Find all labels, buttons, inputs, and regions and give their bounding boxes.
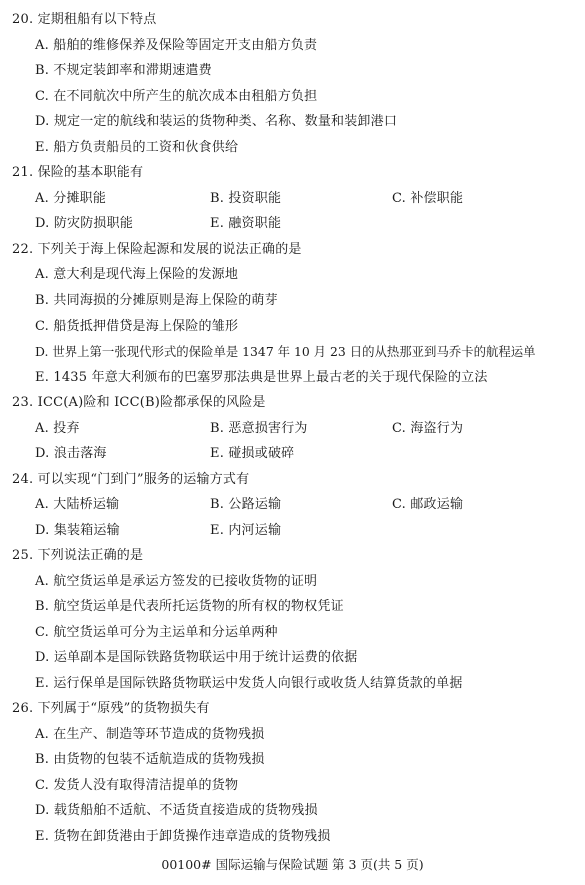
question-24-option-b: B. 公路运输 [210, 495, 281, 515]
question-20-option-d: D. 规定一定的航线和装运的货物种类、名称、数量和装卸港口 [35, 112, 397, 132]
exam-page: 20. 定期租船有以下特点 A. 船舶的维修保养及保险等固定开支由船方负责 B.… [0, 0, 585, 885]
question-25-option-c: C. 航空货运单可分为主运单和分运单两种 [35, 623, 278, 643]
question-20-option-b: B. 不规定装卸率和滞期速遣费 [35, 61, 212, 81]
question-22-option-a: A. 意大利是现代海上保险的发源地 [35, 265, 238, 285]
question-20-option-a: A. 船舶的维修保养及保险等固定开支由船方负责 [35, 36, 317, 56]
question-22-option-d: D. 世界上第一张现代形式的保险单是 1347 年 10 月 23 日的从热那亚… [35, 342, 536, 362]
question-23-option-b: B. 恶意损害行为 [210, 419, 308, 439]
question-24-option-a: A. 大陆桥运输 [35, 495, 119, 515]
question-23-stem: 23. ICC(A)险和 ICC(B)险都承保的风险是 [12, 393, 266, 413]
question-20-option-c: C. 在不同航次中所产生的航次成本由租船方负担 [35, 87, 317, 107]
question-24-option-e: E. 内河运输 [210, 521, 281, 541]
question-26-stem: 26. 下列属于“原残”的货物损失有 [12, 699, 210, 719]
question-20-option-e: E. 船方负责船员的工资和伙食供给 [35, 138, 238, 158]
question-25-option-d: D. 运单副本是国际铁路货物联运中用于统计运费的依据 [35, 648, 357, 668]
question-25-option-a: A. 航空货运单是承运方签发的已接收货物的证明 [35, 572, 317, 592]
question-24-option-d: D. 集装箱运输 [35, 521, 120, 541]
question-21-option-b: B. 投资职能 [210, 189, 281, 209]
question-20-stem: 20. 定期租船有以下特点 [12, 10, 156, 30]
question-26-option-d: D. 载货船舶不适航、不适货直接造成的货物残损 [35, 801, 318, 821]
question-24-option-c: C. 邮政运输 [392, 495, 463, 515]
question-21-option-c: C. 补偿职能 [392, 189, 463, 209]
question-26-option-e: E. 货物在卸货港由于卸货操作违章造成的货物残损 [35, 827, 331, 847]
question-23-option-d: D. 浪击落海 [35, 444, 107, 464]
question-25-option-e: E. 运行保单是国际铁路货物联运中发货人向银行或收货人结算货款的单据 [35, 674, 463, 694]
question-26-option-c: C. 发货人没有取得清洁提单的货物 [35, 776, 238, 796]
question-22-option-b: B. 共同海损的分摊原则是海上保险的萌芽 [35, 291, 278, 311]
question-23-option-a: A. 投弃 [35, 419, 80, 439]
question-21-option-d: D. 防灾防损职能 [35, 214, 133, 234]
question-26-option-b: B. 由货物的包装不适航造成的货物残损 [35, 750, 265, 770]
page-footer: 00100# 国际运输与保险试题 第 3 页(共 5 页) [0, 855, 585, 875]
question-23-option-c: C. 海盗行为 [392, 419, 463, 439]
question-25-option-b: B. 航空货运单是代表所托运货物的所有权的物权凭证 [35, 597, 344, 617]
question-25-stem: 25. 下列说法正确的是 [12, 546, 143, 566]
question-21-stem: 21. 保险的基本职能有 [12, 163, 143, 183]
question-22-stem: 22. 下列关于海上保险起源和发展的说法正确的是 [12, 240, 302, 260]
question-22-option-c: C. 船货抵押借贷是海上保险的雏形 [35, 317, 238, 337]
question-21-option-a: A. 分摊职能 [35, 189, 106, 209]
question-23-option-e: E. 碰损或破碎 [210, 444, 294, 464]
question-22-option-e: E. 1435 年意大利颁布的巴塞罗那法典是世界上最古老的关于现代保险的立法 [35, 368, 488, 388]
question-24-stem: 24. 可以实现“门到门”服务的运输方式有 [12, 470, 249, 490]
question-21-option-e: E. 融资职能 [210, 214, 281, 234]
question-26-option-a: A. 在生产、制造等环节造成的货物残损 [35, 725, 264, 745]
